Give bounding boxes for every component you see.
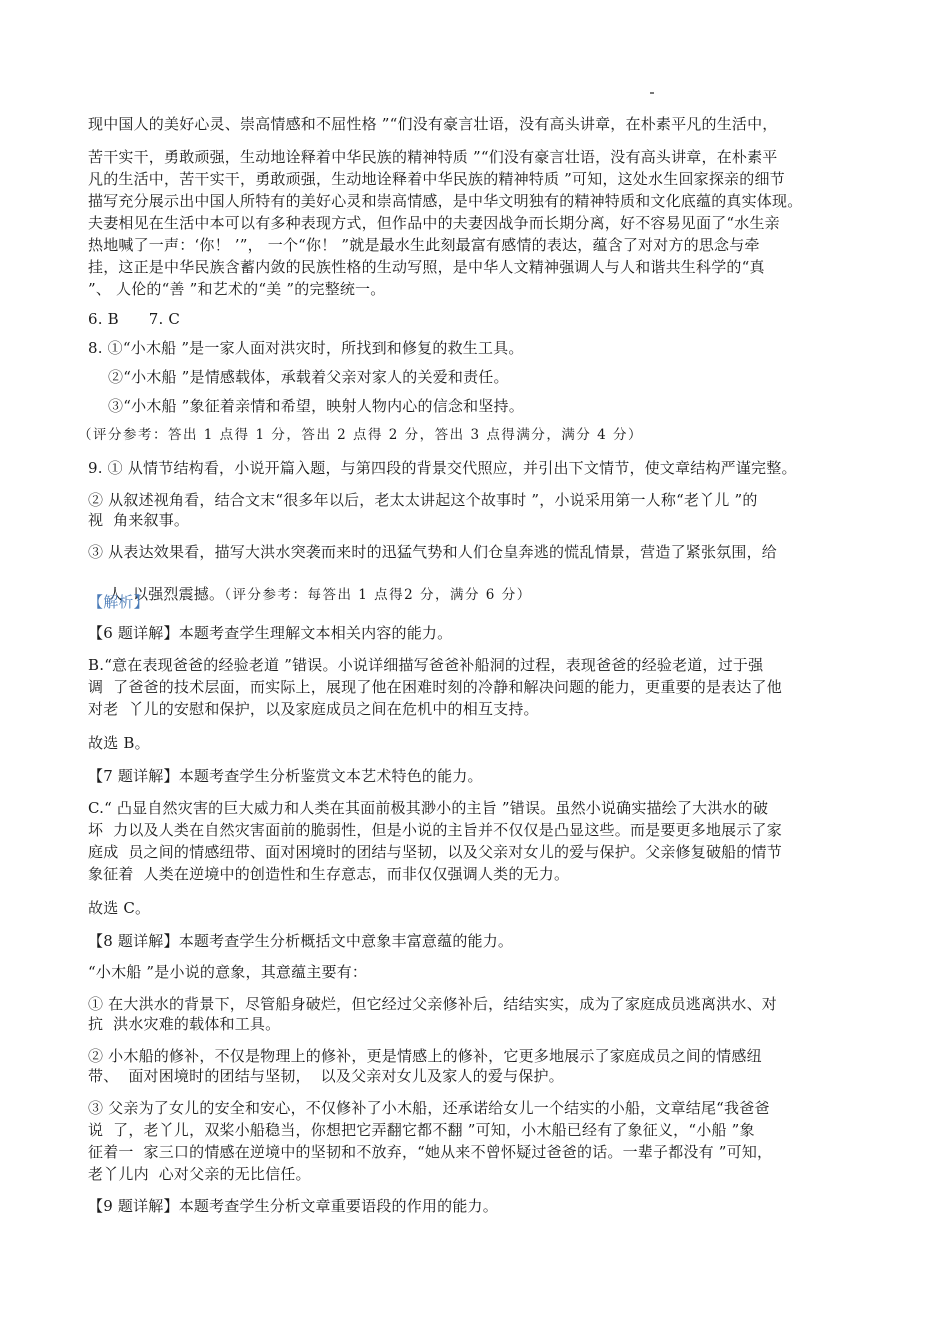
detail6-body: 对老 丫儿的安慰和保护，以及家庭成员之间在危机中的相互支持。 xyxy=(88,698,539,720)
q9-answer-3-cont: 人 以强烈震撼。（评分参考：每答出 1 点得2 分，满分 6 分） xyxy=(88,561,532,628)
detail8-point-2: 带、 面对困境时的团结与坚韧， 以及父亲对女儿及家人的爱与保护。 xyxy=(88,1065,564,1087)
intro-line: 热地喊了一声：‘你！ ’”， 一个“你！ ”就是最水生此刻最富有感情的表达，蕴含… xyxy=(88,234,760,256)
intro-line: ”、 人伦的“善 ”和艺术的“美 ”的完整统一。 xyxy=(88,278,385,300)
detail8-point-3: 说 了，老丫儿，双桨小船稳当，你想把它弄翻它都不翻 ”可知，小木船已经有了象征义… xyxy=(88,1119,755,1141)
analysis-label: 【解析】 xyxy=(88,591,149,613)
intro-line: 夫妻相见在生活中本可以有多种表现方式，但作品中的夫妻因战争而长期分离，好不容易见… xyxy=(88,212,780,234)
detail7-body: 坏 力以及人类在自然灾害面前的脆弱性，但是小说的主旨并不仅仅是凸显这些。而是要更… xyxy=(88,819,782,841)
detail6-conclusion: 故选 B。 xyxy=(88,732,150,754)
intro-line: 凡的生活中，苦干实干，勇敢顽强，生动地诠释着中华民族的精神特质 ”可知，这处水生… xyxy=(88,168,785,190)
header-mark xyxy=(650,92,654,94)
q8-scoring: （评分参考：答出 1 点得 1 分，答出 2 点得 2 分，答出 3 点得满分，… xyxy=(78,424,643,446)
q9-answer-3: ③ 从表达效果看，描写大洪水突袭而来时的迅猛气势和人们仓皇奔逃的慌乱情景，营造了… xyxy=(88,541,777,563)
q9-scoring: （评分参考：每答出 1 点得2 分，满分 6 分） xyxy=(224,587,531,603)
detail8-intro: “小木船 ”是小说的意象，其意蕴主要有： xyxy=(88,961,367,983)
intro-line: 描写充分展示出中国人所特有的美好心灵和崇高情感，是中华文明独有的精神特质和文化底… xyxy=(88,190,802,212)
document-page: 现中国人的美好心灵、崇高情感和不屈性格 ”“们没有豪言壮语，没有高头讲章，在朴素… xyxy=(0,0,950,1344)
detail9-heading: 【9 题详解】本题考查学生分析文章重要语段的作用的能力。 xyxy=(88,1195,498,1217)
detail7-body: 庭成 员之间的情感纽带、面对困境时的团结与坚韧，以及父亲对女儿的爱与保护。父亲修… xyxy=(88,841,782,863)
detail7-body: C.“ 凸显自然灾害的巨大威力和人类在其面前极其渺小的主旨 ”错误。虽然小说确实… xyxy=(88,797,768,819)
detail8-point-3: 老丫儿内 心对父亲的无比信任。 xyxy=(88,1163,311,1185)
detail8-point-3: 征着一 家三口的情感在逆境中的坚韧和不放弃，“她从来不曾怀疑过爸爸的话。一辈子都… xyxy=(88,1141,772,1163)
q9-answer-2-cont: 视 角来叙事。 xyxy=(88,509,189,531)
detail6-body: 调 了爸爸的技术层面，而实际上，展现了他在困难时刻的冷静和解决问题的能力，更重要… xyxy=(88,676,782,698)
detail7-heading: 【7 题详解】本题考查学生分析鉴赏文本艺术特色的能力。 xyxy=(88,765,483,787)
intro-line: 苦干实干，勇敢顽强，生动地诠释着中华民族的精神特质 ”“们没有豪言壮语，没有高头… xyxy=(88,146,778,168)
detail8-heading: 【8 题详解】本题考查学生分析概括文中意象丰富意蕴的能力。 xyxy=(88,930,513,952)
answers-6-7: 6. B 7. C xyxy=(88,308,180,330)
intro-line: 挂，这正是中华民族含蓄内敛的民族性格的生动写照，是中华人文精神强调人与人和谐共生… xyxy=(88,256,765,278)
q8-answer-3: ③“小木船 ”象征着亲情和希望，映射人物内心的信念和坚持。 xyxy=(108,395,524,417)
detail8-point-1: 抗 洪水灾难的载体和工具。 xyxy=(88,1013,280,1035)
detail7-body: 象征着 人类在逆境中的创造性和生存意志，而非仅仅强调人类的无力。 xyxy=(88,863,569,885)
detail8-point-3: ③ 父亲为了女儿的安全和安心，不仅修补了小木船，还承诺给女儿一个结实的小船，文章… xyxy=(88,1097,770,1119)
detail6-heading: 【6 题详解】本题考查学生理解文本相关内容的能力。 xyxy=(88,622,452,644)
detail7-conclusion: 故选 C。 xyxy=(88,897,150,919)
detail8-point-2: ② 小木船的修补，不仅是物理上的修补，更是情感上的修补，它更多地展示了家庭成员之… xyxy=(88,1045,762,1067)
intro-line: 现中国人的美好心灵、崇高情感和不屈性格 ”“们没有豪言壮语，没有高头讲章，在朴素… xyxy=(88,113,778,135)
q8-answer-1: 8. ①“小木船 ”是一家人面对洪灾时，所找到和修复的救生工具。 xyxy=(88,337,524,359)
q8-answer-2: ②“小木船 ”是情感载体，承载着父亲对家人的关爱和责任。 xyxy=(108,366,509,388)
q9-answer-1: 9. ① 从情节结构看，小说开篇入题，与第四段的背景交代照应，并引出下文情节，使… xyxy=(88,457,797,479)
detail8-point-1: ① 在大洪水的背景下，尽管船身破烂，但它经过父亲修补后，结结实实，成为了家庭成员… xyxy=(88,993,777,1015)
detail6-body: B.“意在表现爸爸的经验老道 ”错误。小说详细描写爸爸补船洞的过程，表现爸爸的经… xyxy=(88,654,763,676)
q9-answer-2: ② 从叙述视角看，结合文末“很多年以后，老太太讲起这个故事时 ”，小说采用第一人… xyxy=(88,489,758,511)
